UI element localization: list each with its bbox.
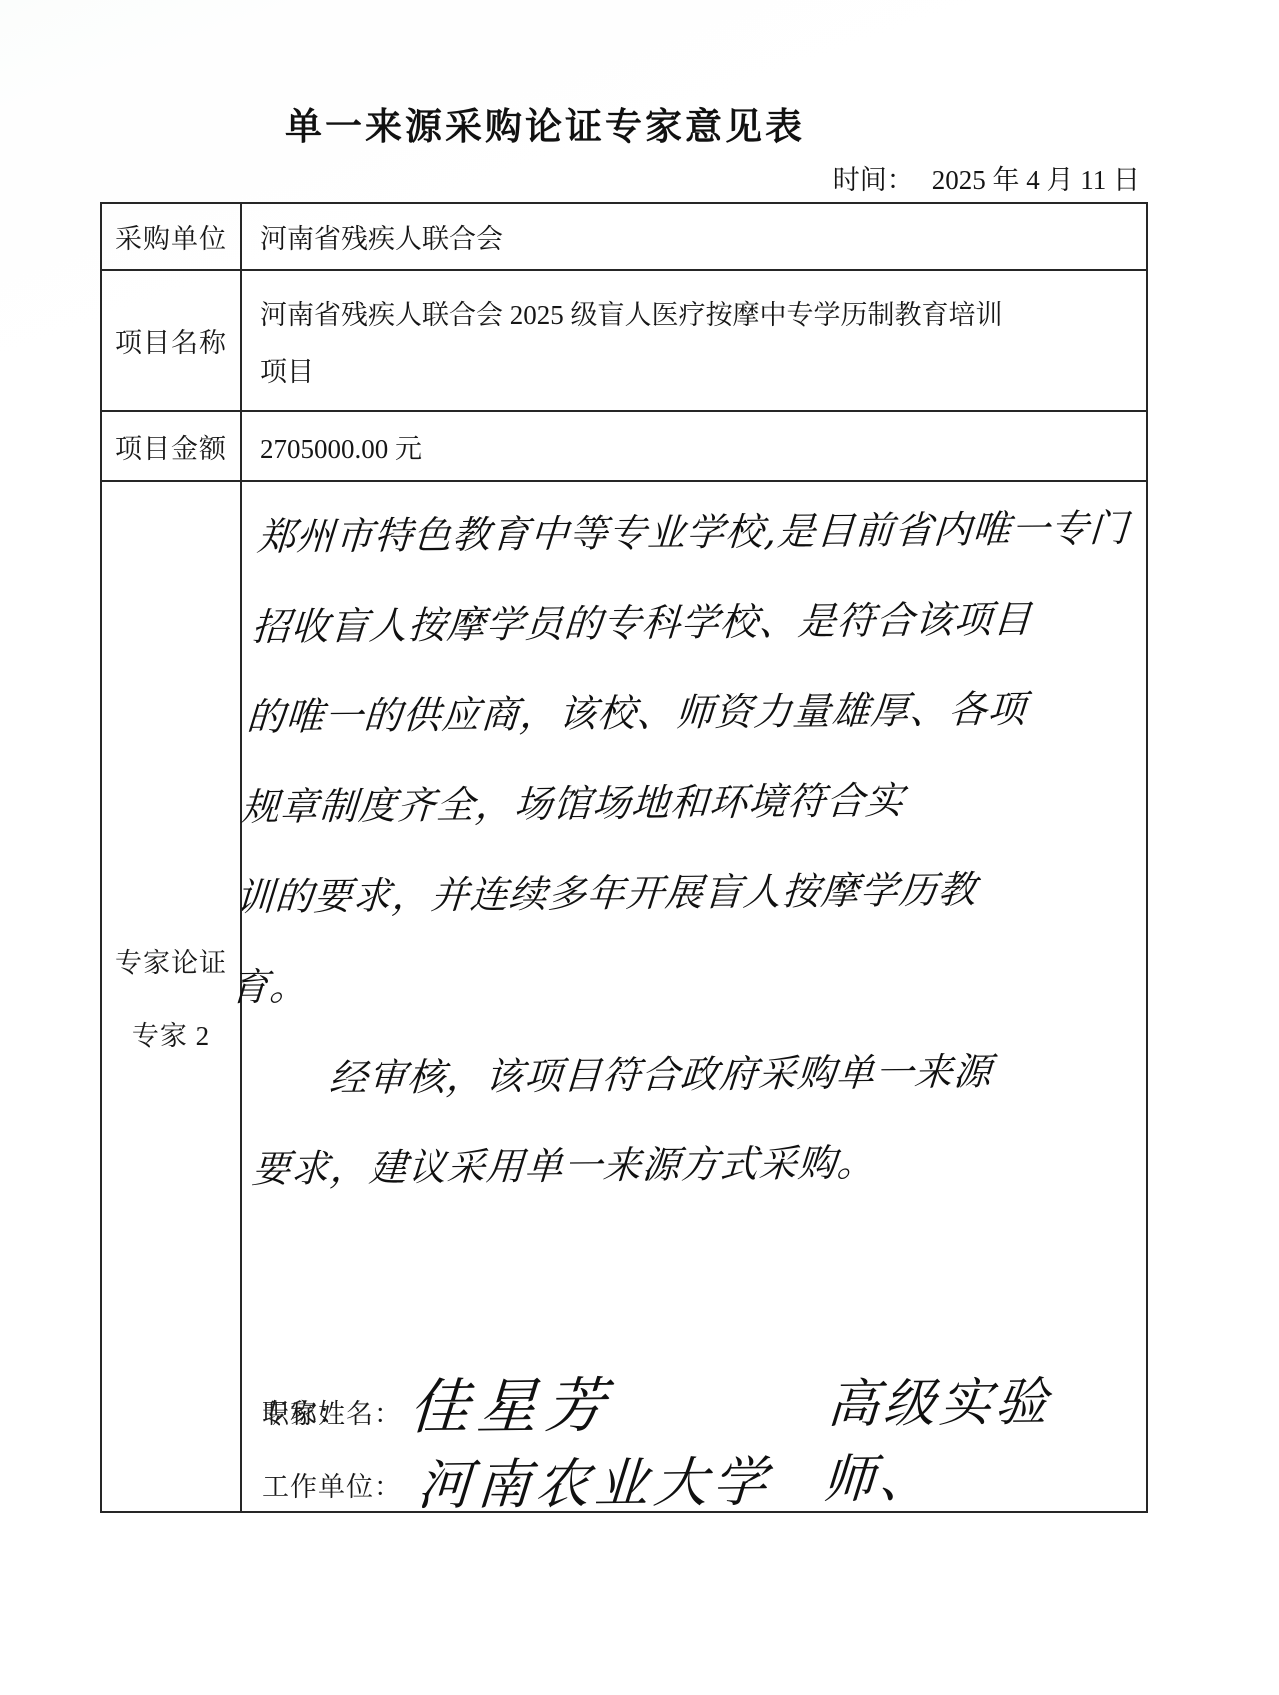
date-value: 2025 年 4 月 11 日	[932, 165, 1140, 195]
expert-number-label: 专家 2	[132, 1014, 210, 1053]
project-name-label: 项目名称	[115, 321, 227, 360]
page-title: 单一来源采购论证专家意见表	[0, 96, 1090, 150]
date-line: 时间：2025 年 4 月 11 日	[100, 158, 1140, 197]
date-label: 时间：	[833, 165, 914, 195]
table-row-expert-opinion: 专家论证 专家 2 郑州市特色教育中等专业学校,是目前省内唯一专门 招收盲人按摩…	[102, 480, 1146, 1511]
expert-name-signature: 佳星芳	[407, 1358, 616, 1446]
project-amount-label-cell: 项目金额	[102, 412, 242, 480]
project-amount-label: 项目金额	[115, 427, 227, 466]
purchaser-label: 采购单位	[115, 217, 227, 256]
expert-label-cell: 专家论证 专家 2	[102, 482, 242, 1511]
table-row-project-amount: 项目金额 2705000.00 元	[102, 410, 1146, 480]
expert-demonstration-label: 专家论证	[115, 941, 227, 980]
project-name-label-cell: 项目名称	[102, 271, 242, 410]
job-title-signature: 高级实验师、	[821, 1359, 1142, 1512]
expert-opinion-cell: 郑州市特色教育中等专业学校,是目前省内唯一专门 招收盲人按摩学员的专科学校、是符…	[242, 482, 1146, 1511]
handwritten-opinion-paragraph-1: 郑州市特色教育中等专业学校,是目前省内唯一专门 招收盲人按摩学员的专科学校、是符…	[228, 483, 1140, 1033]
scanned-document-page: 单一来源采购论证专家意见表 时间：2025 年 4 月 11 日 采购单位 河南…	[0, 0, 1279, 1695]
table-row-project-name: 项目名称 河南省残疾人联合会 2025 级盲人医疗按摩中专学历制教育培训 项目	[102, 269, 1146, 410]
project-amount-value: 2705000.00 元	[242, 412, 1146, 480]
job-title-label: 职称：	[262, 1392, 346, 1431]
purchaser-value: 河南省残疾人联合会	[242, 204, 1146, 269]
project-name-value: 河南省残疾人联合会 2025 级盲人医疗按摩中专学历制教育培训 项目	[242, 271, 1146, 410]
handwritten-opinion-paragraph-2: 经审核，该项目符合政府采购单一来源 要求，建议采用单一来源方式采购。	[249, 1025, 1140, 1214]
table-row-purchaser: 采购单位 河南省残疾人联合会	[102, 204, 1146, 269]
work-unit-signature: 河南农业大学	[415, 1439, 774, 1520]
purchaser-label-cell: 采购单位	[102, 204, 242, 269]
work-unit-label: 工作单位：	[262, 1465, 402, 1504]
procurement-form-table: 采购单位 河南省残疾人联合会 项目名称 河南省残疾人联合会 2025 级盲人医疗…	[100, 202, 1148, 1513]
